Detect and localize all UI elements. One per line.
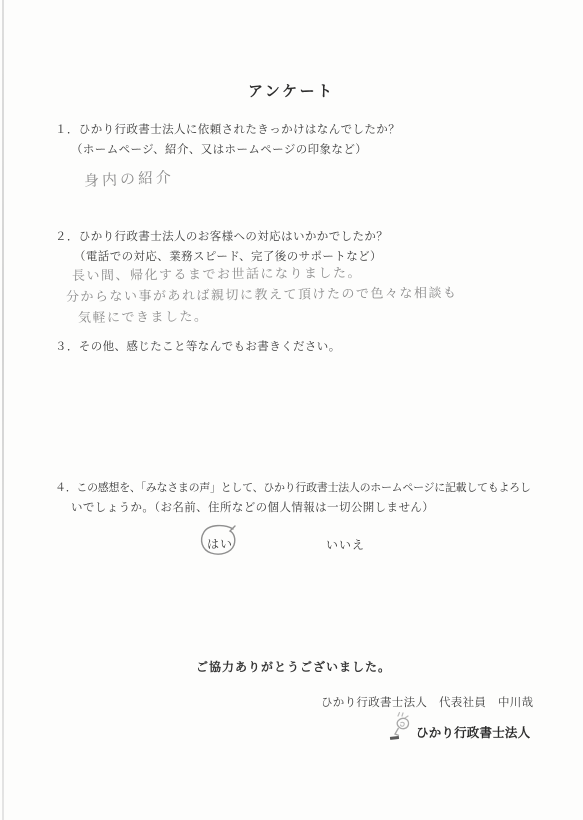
question-3-label: ３．その他、感じたこと等なんでもお書きください。: [55, 338, 341, 354]
question-1-label: １．ひかり行政書士法人に依頼されたきっかけはなんでしたか？: [55, 121, 400, 137]
logo-text: ひかり行政書士法人: [416, 723, 530, 741]
signature-line: ひかり行政書士法人 代表社員 中川哉: [321, 694, 533, 710]
survey-title: アンケート: [248, 80, 335, 101]
option-yes: はい: [207, 535, 233, 552]
question-2-handwritten-line-3: 気軽にできました。: [78, 306, 209, 326]
scan-edge-shadow: [2, 0, 4, 820]
thanks-message: ご協力ありがとうございました。: [196, 658, 391, 675]
question-1-hint: （ホームページ、紹介、又はホームページの印象など）: [71, 141, 367, 157]
question-2-handwritten-line-2: 分からない事があれば親切に教えて頂けたので色々な相談も: [66, 282, 458, 305]
question-1-handwritten-answer: 身内の紹介: [84, 166, 175, 191]
scanned-survey-page: アンケート １．ひかり行政書士法人に依頼されたきっかけはなんでしたか？ （ホーム…: [0, 0, 583, 820]
option-no: いいえ: [326, 536, 365, 553]
question-2-handwritten-line-1: 長い間、帰化するまでお世話になりました。: [72, 262, 362, 284]
lightbulb-icon: [387, 711, 415, 743]
question-4-label-line-1: ４．この感想を、「みなさまの声」として、ひかり行政書士法人のホームページに記載し…: [55, 479, 531, 495]
question-2-label: ２．ひかり行政書士法人のお客様への対応はいかかでしたか？: [55, 228, 388, 244]
question-4-label-line-2: いでしょうか。（お名前、住所などの個人情報は一切公開しません）: [71, 499, 434, 515]
